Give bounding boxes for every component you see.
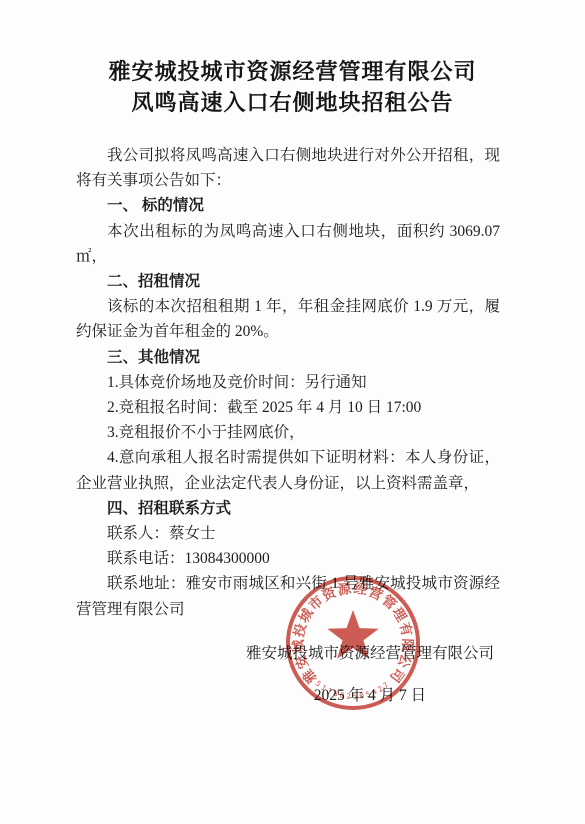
page-title-line2: 凤鸣高速入口右侧地块招租公告: [0, 87, 585, 118]
page-title-line1: 雅安城投城市资源经营管理有限公司: [0, 56, 585, 87]
page-title: 雅安城投城市资源经营管理有限公司 凤鸣高速入口右侧地块招租公告: [0, 0, 585, 118]
official-seal: 雅安城投城市资源经营管理有限公司 511802505427: [278, 568, 428, 718]
paragraph: 4.意向承租人报名时需提供如下证明材料：本人身份证，企业营业执照，企业法定代表人…: [76, 445, 500, 495]
section-heading: 四、招租联系方式: [76, 496, 500, 521]
section-heading: 三、其他情况: [76, 345, 500, 370]
announcement-body: 我公司拟将凤鸣高速入口右侧地块进行对外公开招租，现将有关事项公告如下：一、 标的…: [76, 143, 500, 622]
seal-code-text: 511802505427: [314, 679, 393, 701]
seal-star-icon: [327, 610, 378, 659]
paragraph: 该标的本次招租租期 1 年，年租金挂网底价 1.9 万元，履约保证金为首年租金的…: [76, 294, 500, 344]
paragraph: 本次出租标的为凤鸣高速入口右侧地块，面积约 3069.07 ㎡，: [76, 219, 500, 269]
section-heading: 二、招租情况: [76, 269, 500, 294]
paragraph: 我公司拟将凤鸣高速入口右侧地块进行对外公开招租，现将有关事项公告如下：: [76, 143, 500, 193]
paragraph: 2.竞租报名时间：截至 2025 年 4 月 10 日 17:00: [76, 395, 500, 420]
announcement-page: 雅安城投城市资源经营管理有限公司 凤鸣高速入口右侧地块招租公告 我公司拟将凤鸣高…: [0, 0, 585, 824]
paragraph: 3.竞租报价不小于挂网底价，: [76, 420, 500, 445]
seal-graphic: 雅安城投城市资源经营管理有限公司 511802505427: [278, 568, 428, 718]
paragraph: 联系人：蔡女士: [76, 521, 500, 546]
paragraph: 1.具体竞价场地及竞价时间：另行通知: [76, 370, 500, 395]
section-heading: 一、 标的情况: [76, 193, 500, 218]
